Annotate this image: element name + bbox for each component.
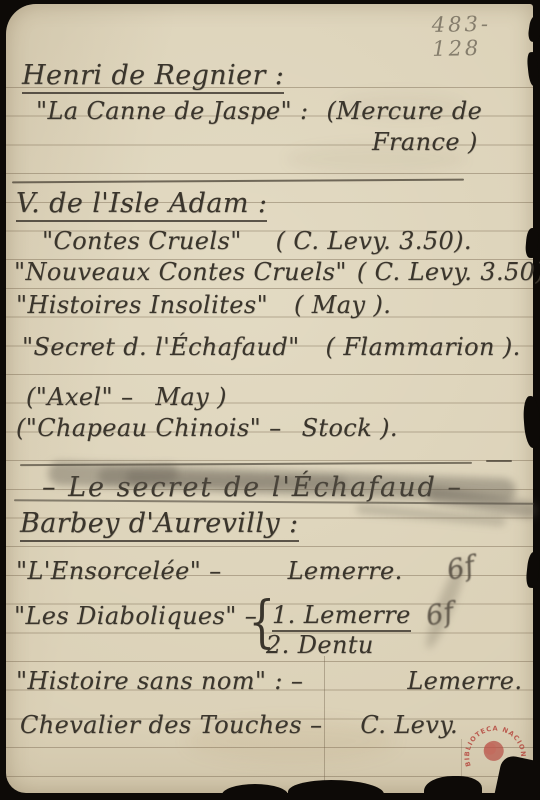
book-title: ("Axel" – xyxy=(26,383,133,411)
publisher: May ) xyxy=(155,383,226,411)
publisher: Stock ). xyxy=(302,414,398,442)
publisher: C. Levy. xyxy=(360,711,458,739)
publisher-option-1: 1. Lemerre xyxy=(272,601,411,629)
book-title: Chevalier des Touches – xyxy=(20,711,322,739)
book-entry-ensorcelee: "L'Ensorcelée" –Lemerre. xyxy=(16,557,403,585)
book-entry-secret-echafaud: "Secret d. l'Échafaud"( Flammarion ). xyxy=(22,333,521,361)
notebook-page: 483-128 Henri de Regnier : "La Canne de … xyxy=(6,4,533,793)
book-title: "Histoires Insolites" xyxy=(16,291,268,319)
torn-edge xyxy=(525,228,540,259)
publisher-continuation: France ) xyxy=(372,128,478,156)
book-title: "Secret d. l'Échafaud" xyxy=(22,333,300,361)
book-title: "Histoire sans nom" : – xyxy=(16,667,303,695)
publisher-option-2: 2. Dentu xyxy=(266,631,374,659)
book-entry-histoire-sans-nom: "Histoire sans nom" : –Lemerre. xyxy=(16,667,522,695)
publisher: (Mercure de xyxy=(327,97,483,125)
book-title: ("Chapeau Chinois" – xyxy=(16,414,282,442)
book-entry-canne-de-jaspe: "La Canne de Jaspe" :(Mercure de xyxy=(36,97,482,125)
author-heading-aurevilly: Barbey d'Aurevilly : xyxy=(20,508,299,539)
catalog-number: 483-128 xyxy=(432,11,534,61)
hand-drawn-dash xyxy=(486,460,512,462)
book-entry-contes-cruels: "Contes Cruels"( C. Levy. 3.50). xyxy=(42,227,472,255)
publisher: ( C. Levy. 3.50). xyxy=(276,227,472,255)
publisher: ( May ). xyxy=(294,291,391,319)
book-title: "Contes Cruels" xyxy=(42,227,242,255)
publisher: Lemerre. xyxy=(288,557,403,585)
publisher: ( Flammarion ). xyxy=(326,333,521,361)
author-heading-regnier: Henri de Regnier : xyxy=(22,60,284,91)
book-title: "Les Diaboliques" – xyxy=(14,602,257,630)
book-entry-chevalier-des-touches: Chevalier des Touches –C. Levy. xyxy=(20,711,458,739)
paper-crease xyxy=(324,656,325,797)
book-entry-diaboliques: "Les Diaboliques" – xyxy=(14,602,257,630)
author-heading-isle-adam: V. de l'Isle Adam : xyxy=(16,188,267,219)
author-name: Barbey d'Aurevilly : xyxy=(20,508,299,542)
torn-edge xyxy=(40,793,540,800)
book-entry-nouveaux-contes: "Nouveaux Contes Cruels"( C. Levy. 3.50) xyxy=(14,258,540,286)
book-entry-histoires-insolites: "Histoires Insolites"( May ). xyxy=(16,291,391,319)
book-entry-chapeau-chinois: ("Chapeau Chinois" –Stock ). xyxy=(16,414,398,442)
author-name: V. de l'Isle Adam : xyxy=(16,188,267,222)
publisher: Lemerre. xyxy=(407,667,522,695)
book-entry-axel: ("Axel" –May ) xyxy=(26,383,227,411)
author-name: Henri de Regnier : xyxy=(22,60,284,94)
publisher: 1. Lemerre xyxy=(272,601,411,632)
book-title: "Nouveaux Contes Cruels" xyxy=(14,258,347,286)
book-title: "La Canne de Jaspe" : xyxy=(36,97,309,125)
publisher: ( C. Levy. 3.50) xyxy=(357,258,540,286)
book-title: "L'Ensorcelée" – xyxy=(16,557,222,585)
